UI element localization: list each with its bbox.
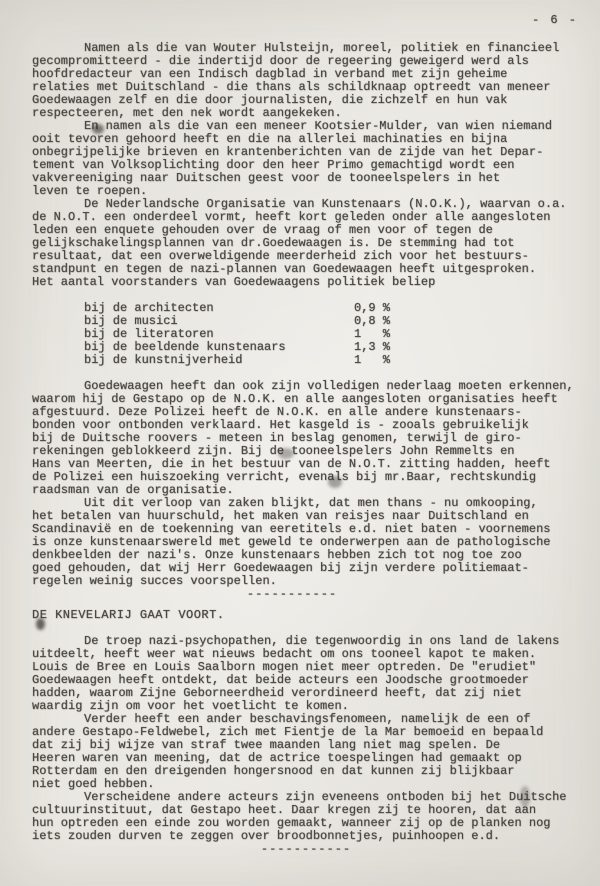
scanned-document-page: - 6 - Namen als die van Wouter Hulsteijn… [0,0,600,886]
survey-label: bij de kunstnijverheid [84,353,242,367]
survey-row-kunstnijverheid: bij de kunstnijverheid 1 % [32,354,584,367]
survey-label: bij de literatoren [84,327,214,341]
document-body: Namen als die van Wouter Hulsteijn, more… [32,42,584,856]
survey-label: bij de beeldende kunstenaars [84,340,286,354]
section-divider: ----------- [30,843,582,856]
paragraph-nazi-psychopathen: De troep nazi-psychopathen, die tegenwoo… [32,635,584,713]
survey-value: 1 % [354,354,390,367]
page-number: - 6 - [532,14,578,27]
paragraph-verloop-van-zaken: Uit dit verloop van zaken blijkt, dat me… [32,497,584,588]
survey-results-table: bij de architecten 0,9 % bij de musici 0… [32,302,584,367]
section-heading: DE KNEVELARIJ GAAT VOORT. [32,609,584,622]
paragraph-nok-enquete: De Nederlandsche Organisatie van Kunsten… [32,198,584,289]
paragraph-hulsteijn: Namen als die van Wouter Hulsteijn, more… [32,42,584,120]
paragraph-gestapo-nok: Goedewaagen heeft dan ook zijn volledige… [32,380,584,497]
paragraph-cultuurinstituut: Verscheidene andere acteurs zijn eveneen… [32,791,584,843]
survey-label: bij de musici [84,314,178,328]
section-divider: ----------- [16,588,568,601]
paragraph-gestapo-feldwebel: Verder heeft een ander beschavingsfenome… [32,713,584,791]
paragraph-kootsier-mulder: En namen als die van een meneer Kootsier… [32,120,584,198]
survey-label: bij de architecten [84,301,214,315]
